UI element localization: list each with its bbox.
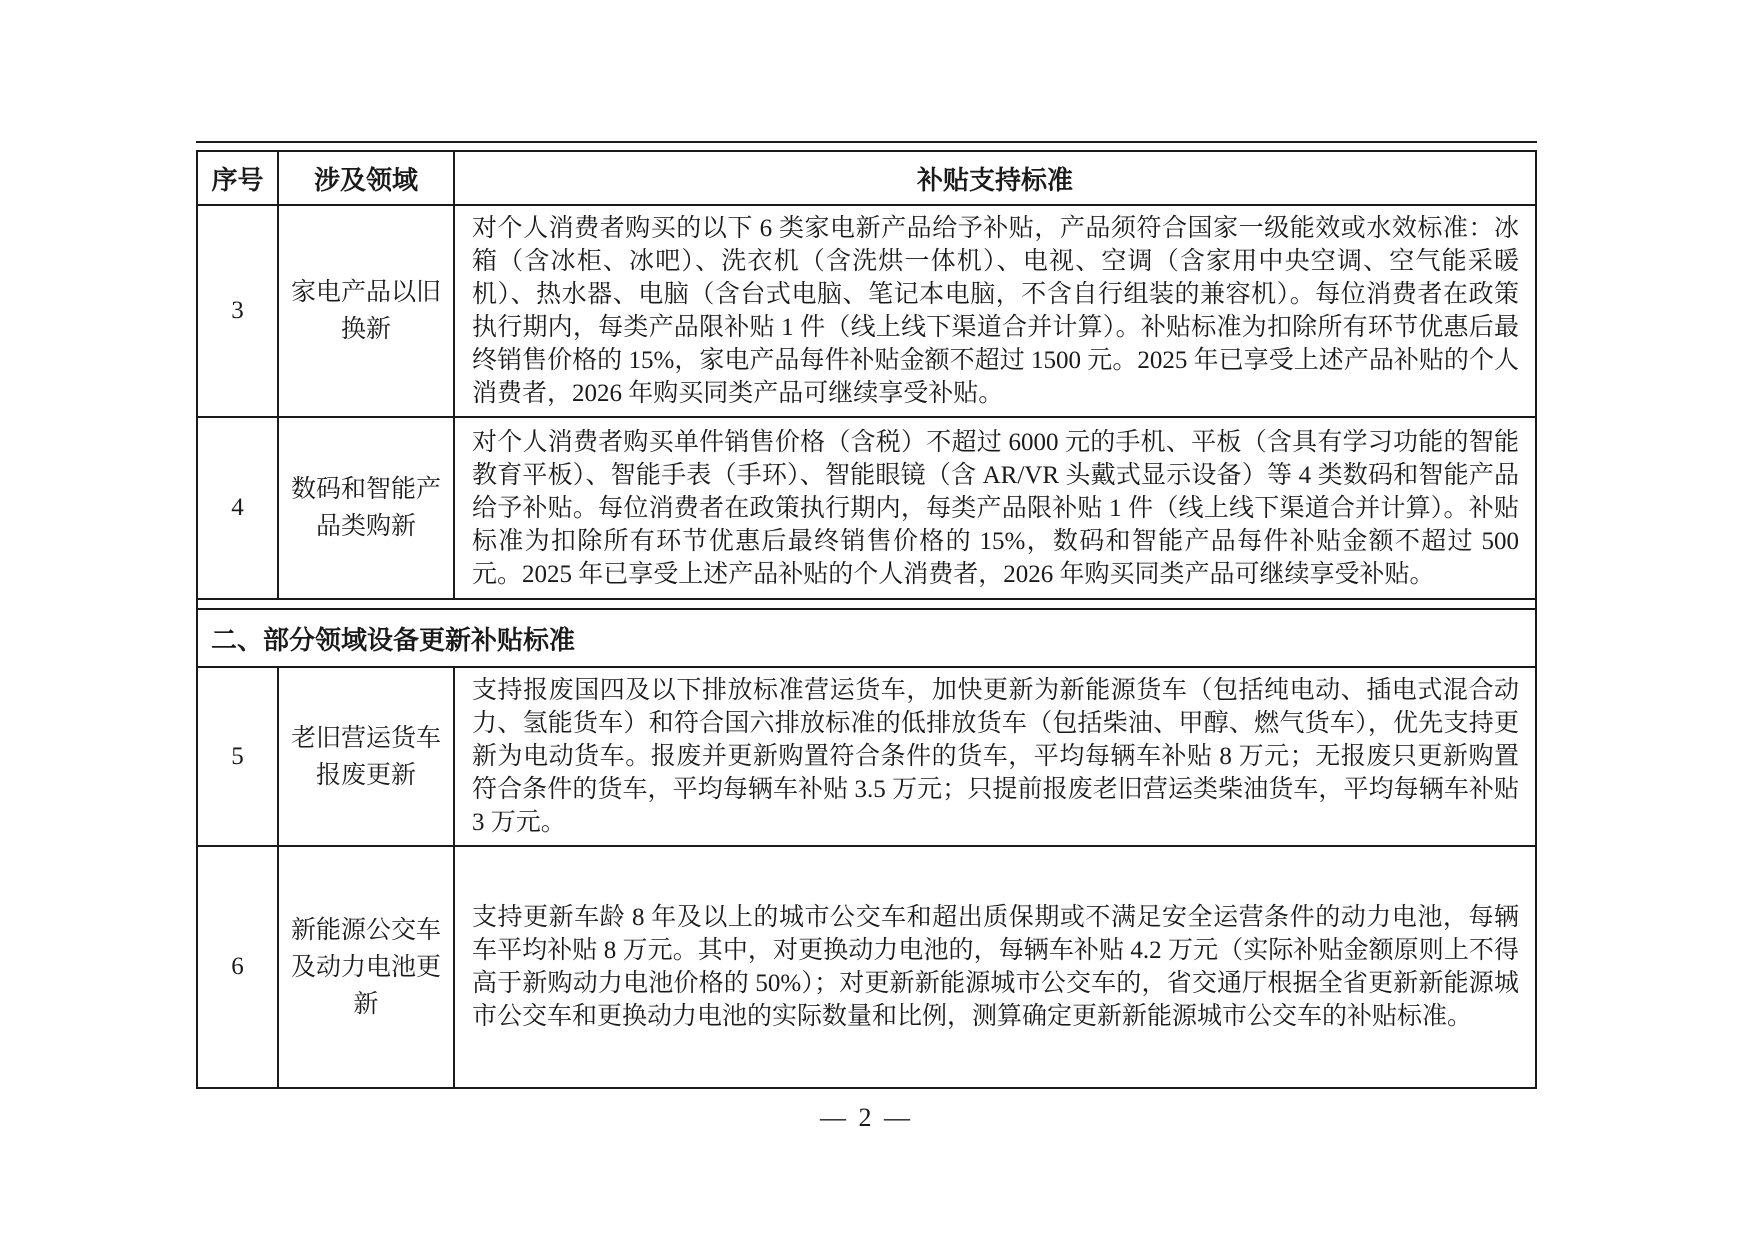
table-row: 5 老旧营运货车报废更新 支持报废国四及以下排放标准营运货车，加快更新为新能源货… (197, 667, 1536, 846)
table-top-rule (196, 141, 1537, 143)
row-field: 新能源公交车及动力电池更新 (278, 846, 454, 1088)
row-field: 家电产品以旧换新 (278, 205, 454, 417)
row-no: 5 (197, 667, 278, 846)
table-row: 3 家电产品以旧换新 对个人消费者购买的以下 6 类家电新产品给予补贴，产品须符… (197, 205, 1536, 417)
row-field: 数码和智能产品类购新 (278, 417, 454, 599)
section-divider-gap (197, 599, 1536, 609)
subsidy-table: 序号 涉及领域 补贴支持标准 3 家电产品以旧换新 对个人消费者购买的以下 6 … (196, 150, 1537, 1089)
column-header-field: 涉及领域 (278, 151, 454, 205)
row-no: 6 (197, 846, 278, 1088)
row-standard: 对个人消费者购买单件销售价格（含税）不超过 6000 元的手机、平板（含具有学习… (454, 417, 1536, 599)
table-row: 4 数码和智能产品类购新 对个人消费者购买单件销售价格（含税）不超过 6000 … (197, 417, 1536, 599)
table-header-row: 序号 涉及领域 补贴支持标准 (197, 151, 1536, 205)
row-standard: 支持报废国四及以下排放标准营运货车，加快更新为新能源货车（包括纯电动、插电式混合… (454, 667, 1536, 846)
row-field: 老旧营运货车报废更新 (278, 667, 454, 846)
column-header-no: 序号 (197, 151, 278, 205)
page-number: — 2 — (196, 1103, 1537, 1133)
table-row: 6 新能源公交车及动力电池更新 支持更新车龄 8 年及以上的城市公交车和超出质保… (197, 846, 1536, 1088)
section-header-row: 二、部分领域设备更新补贴标准 (197, 609, 1536, 667)
row-standard: 支持更新车龄 8 年及以上的城市公交车和超出质保期或不满足安全运营条件的动力电池… (454, 846, 1536, 1088)
document-sheet: 序号 涉及领域 补贴支持标准 3 家电产品以旧换新 对个人消费者购买的以下 6 … (196, 141, 1537, 1133)
row-standard: 对个人消费者购买的以下 6 类家电新产品给予补贴，产品须符合国家一级能效或水效标… (454, 205, 1536, 417)
row-no: 4 (197, 417, 278, 599)
section-title: 二、部分领域设备更新补贴标准 (197, 609, 1536, 667)
row-no: 3 (197, 205, 278, 417)
column-header-standard: 补贴支持标准 (454, 151, 1536, 205)
section-divider-gap-cell (197, 599, 1536, 609)
